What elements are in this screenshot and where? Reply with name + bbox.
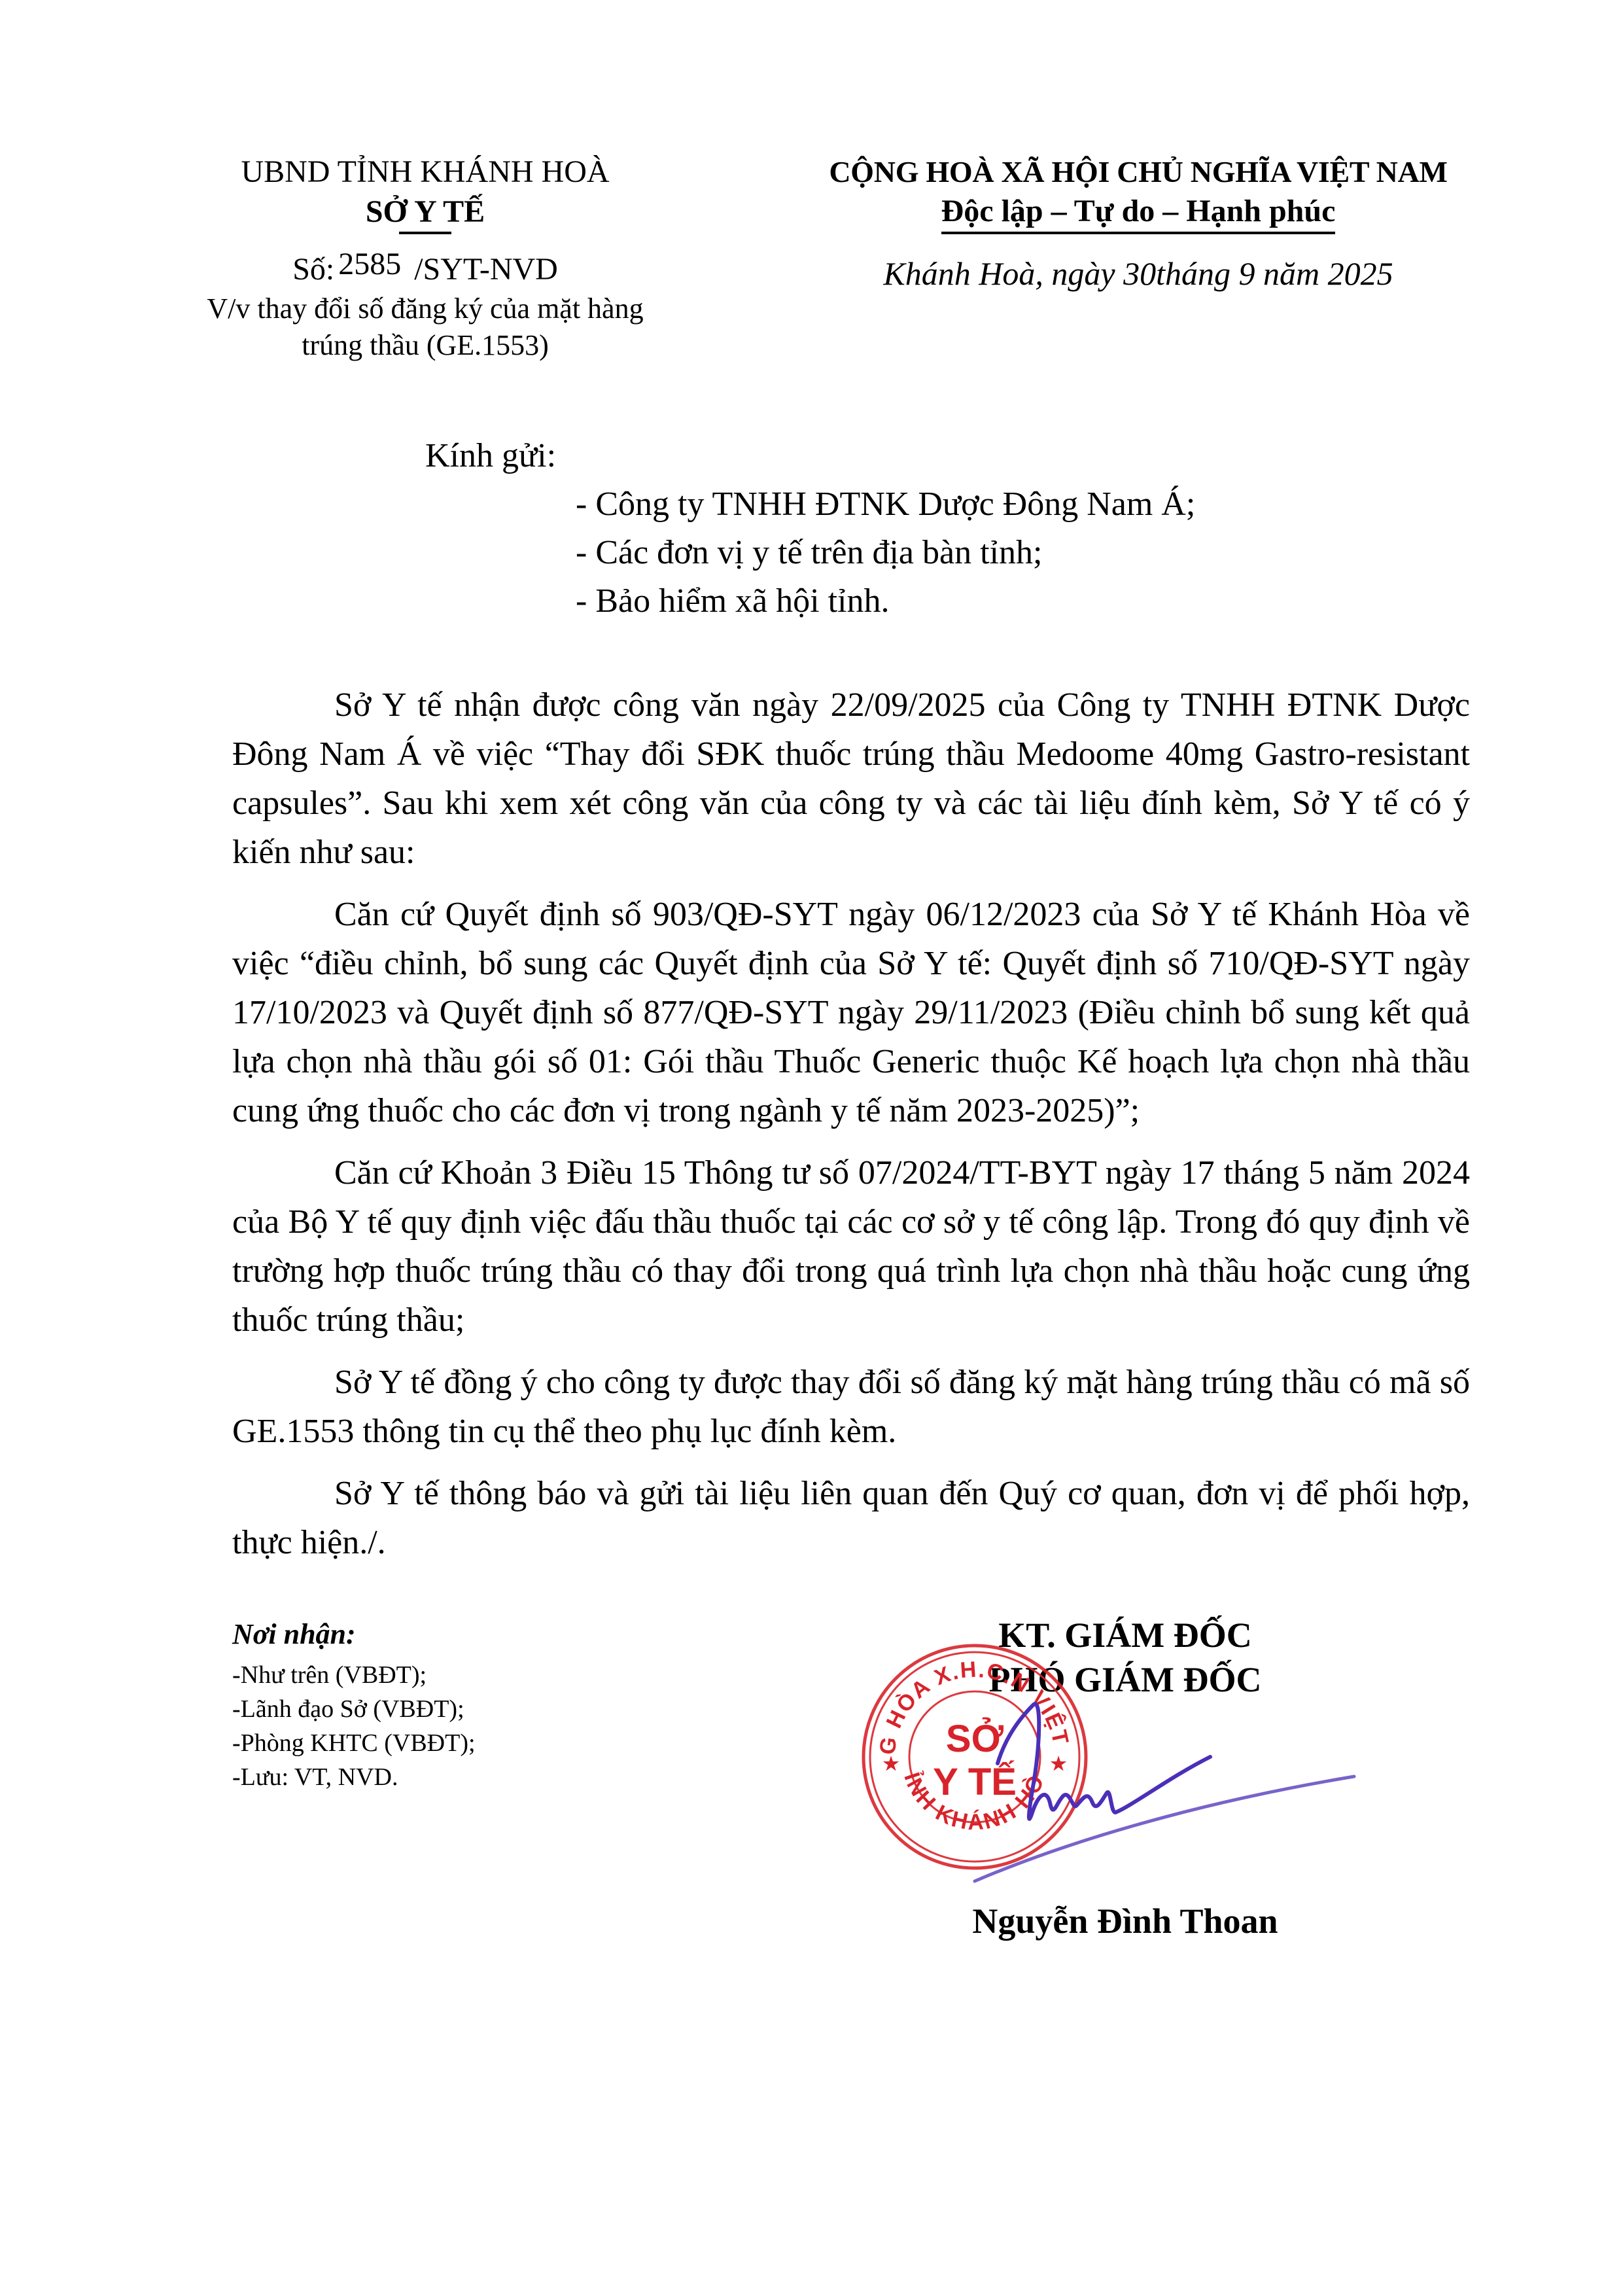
addressee-block: Kính gửi: - Công ty TNHH ĐTNK Dược Đông …	[425, 432, 1472, 626]
body-paragraph: Sở Y tế thông báo và gửi tài liệu liên q…	[232, 1469, 1470, 1567]
recipients-list: -Như trên (VBĐT); -Lãnh đạo Sở (VBĐT); -…	[232, 1658, 690, 1794]
addressee-item: - Bảo hiểm xã hội tỉnh.	[576, 577, 1472, 626]
national-motto: Độc lập – Tự do – Hạnh phúc	[941, 192, 1336, 234]
recipient-item: -Như trên (VBĐT);	[232, 1658, 690, 1692]
handwritten-signature-icon	[935, 1672, 1367, 1888]
national-header: CỘNG HOÀ XÃ HỘI CHỦ NGHĨA VIỆT NAM Độc l…	[772, 152, 1505, 293]
body-paragraph: Sở Y tế đồng ý cho công ty được thay đổi…	[232, 1358, 1470, 1456]
place-date-line: Khánh Hoà, ngày 30tháng 9 năm 2025	[772, 254, 1505, 293]
addressee-item: - Công ty TNHH ĐTNK Dược Đông Nam Á;	[576, 480, 1472, 529]
doc-number-prefix: Số:	[292, 252, 334, 287]
signer-name: Nguyễn Đình Thoan	[870, 1899, 1380, 1943]
recipients-title: Nơi nhận:	[232, 1616, 690, 1653]
doc-number-value: 2585	[338, 243, 401, 285]
recipient-item: -Lưu: VT, NVD.	[232, 1760, 690, 1794]
doc-number-suffix: /SYT-NVD	[414, 252, 558, 287]
svg-text:★: ★	[882, 1754, 899, 1774]
addressee-list: - Công ty TNHH ĐTNK Dược Đông Nam Á; - C…	[425, 480, 1472, 626]
document-number: Số:2585/SYT-NVD	[167, 249, 684, 291]
letter-body: Sở Y tế nhận được công văn ngày 22/09/20…	[232, 680, 1470, 1580]
body-paragraph: Sở Y tế nhận được công văn ngày 22/09/20…	[232, 680, 1470, 877]
agency-name: UBND TỈNH KHÁNH HOÀ	[167, 152, 684, 192]
addressee-label: Kính gửi:	[425, 432, 1472, 480]
subject-line-1: V/v thay đổi số đăng ký của mặt hàng	[167, 291, 684, 327]
department-underline	[399, 232, 451, 234]
body-paragraph: Căn cứ Quyết định số 903/QĐ-SYT ngày 06/…	[232, 890, 1470, 1135]
recipient-item: -Phòng KHTC (VBĐT);	[232, 1726, 690, 1760]
issuing-agency-header: UBND TỈNH KHÁNH HOÀ SỞ Y TẾ Số:2585/SYT-…	[167, 152, 684, 364]
subject-line-2: trúng thầu (GE.1553)	[167, 327, 684, 364]
signature-block: KT. GIÁM ĐỐC PHÓ GIÁM ĐỐC CỘNG HÒA X.H.C…	[870, 1613, 1380, 1702]
recipient-item: -Lãnh đạo Sở (VBĐT);	[232, 1692, 690, 1726]
nation-title: CỘNG HOÀ XÃ HỘI CHỦ NGHĨA VIỆT NAM	[772, 152, 1505, 192]
department-name: SỞ Y TẾ	[167, 192, 684, 232]
addressee-item: - Các đơn vị y tế trên địa bàn tỉnh;	[576, 529, 1472, 577]
body-paragraph: Căn cứ Khoản 3 Điều 15 Thông tư số 07/20…	[232, 1148, 1470, 1345]
recipients-block: Nơi nhận: -Như trên (VBĐT); -Lãnh đạo Sở…	[232, 1616, 690, 1794]
